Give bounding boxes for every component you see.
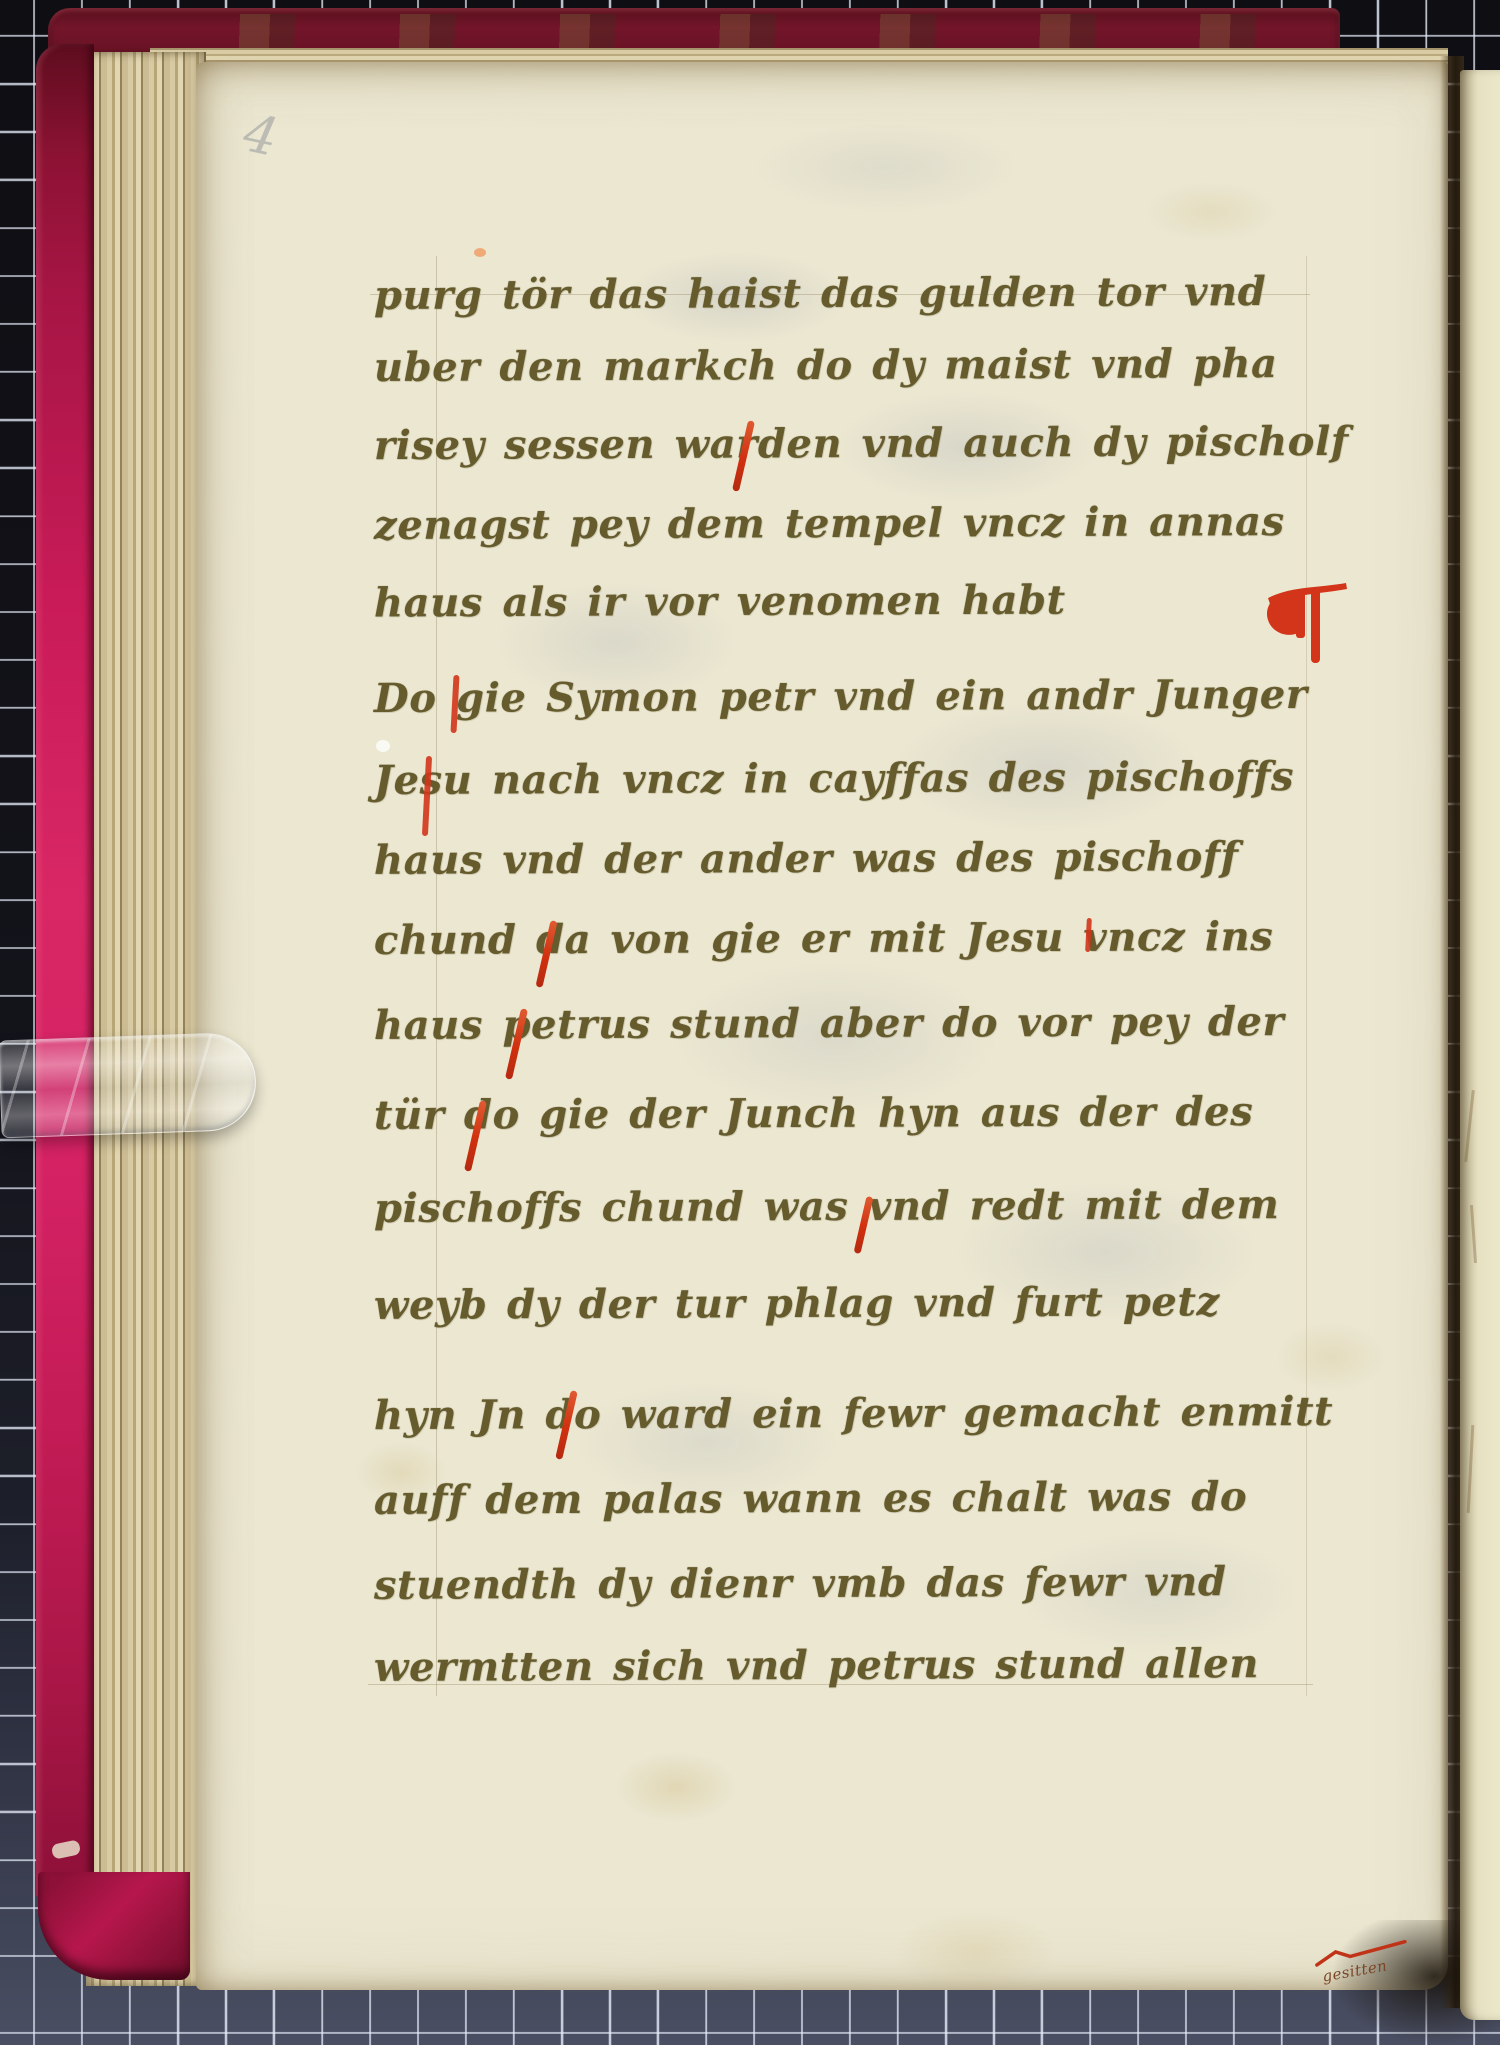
text-line-2: uber den markch do dy maist vnd pha [374,340,1278,394]
bleed-through-mark [1467,1425,1475,1513]
leather-grime-patch [200,14,1260,48]
orange-fleck [474,248,486,257]
bleed-through-mark [1470,1205,1477,1263]
text-line-10: haus petrus stund aber do vor pey der [374,998,1284,1052]
white-fleck [376,740,390,752]
text-line-7: Jesu nach vncz in cayffas des pischoffs [374,753,1294,807]
text-line-14: hyn Jn do ward ein fewr gemacht enmitt [374,1388,1333,1442]
text-line-17: wermtten sich vnd petrus stund allen [374,1640,1259,1694]
text-line-11: tür do gie der Junch hyn aus der des [374,1088,1253,1142]
text-line-1: purg tör das haist das gulden tor vnd [374,268,1266,322]
facing-page-sliver [1460,70,1500,2020]
page-stack-left-edges [86,52,206,1986]
text-line-8: haus vnd der ander was des pischoff [374,833,1239,887]
red-fore-edge [36,44,94,1900]
transparent-page-holder-clip [0,1032,258,1139]
pilcrow-mark [1256,572,1352,668]
text-line-5: haus als ir vor venomen habt [374,576,1066,629]
text-line-4: zenagst pey dem tempel vncz in annas [374,498,1285,552]
text-line-9: chund da von gie er mit Jesu vncz ins [374,913,1274,967]
red-cover-bottom-corner [38,1872,190,1980]
ruling-line-right [1306,256,1307,1696]
text-line-16: stuendth dy dienr vmb das fewr vnd [374,1558,1227,1612]
photo-scene: 4 purg tör das haist das gulden tor vnd … [0,0,1500,2045]
text-line-6: Do gie Symon petr vnd ein andr Junger [374,671,1308,725]
text-line-3: risey sessen warden vnd auch dy pischolf [374,418,1349,472]
text-line-15: auff dem palas wann es chalt was do [374,1473,1247,1527]
text-line-12: pischoffs chund was vnd redt mit dem [374,1181,1280,1235]
text-line-13: weyb dy der tur phlag vnd furt petz [374,1278,1220,1332]
bleed-through-mark [1464,1090,1475,1162]
